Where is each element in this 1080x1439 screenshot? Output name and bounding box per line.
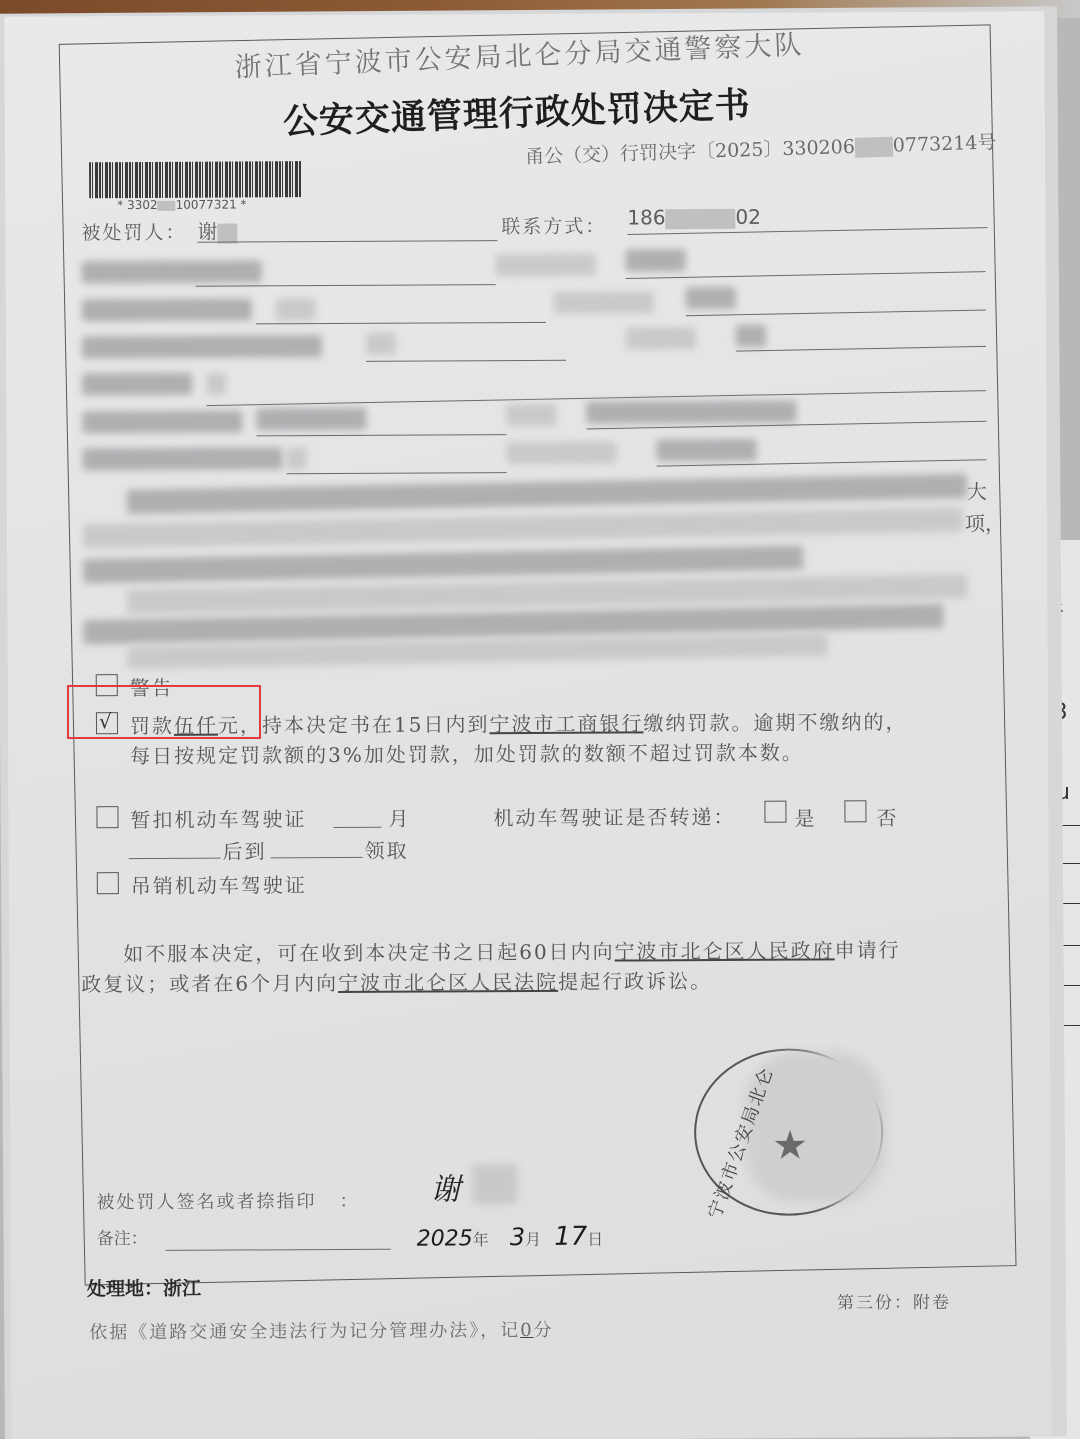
redacted-field [736, 325, 766, 347]
appeal-court: 宁波市北仑区人民法院 [338, 970, 558, 995]
copy-note: 第三份：附卷 [837, 1288, 951, 1314]
appeal-government: 宁波市北仑区人民政府 [615, 938, 835, 963]
transfer-yes-checkbox[interactable] [764, 801, 786, 823]
suspend-license-label: 暂扣机动车驾驶证 [130, 803, 306, 833]
redacted-field [82, 410, 242, 433]
redacted-field [656, 439, 756, 462]
party-label: 被处罚人： [81, 218, 186, 246]
points-note: 依据《道路交通安全违法行为记分管理办法》，记0分 [89, 1316, 554, 1344]
highlight-box [67, 685, 261, 739]
processing-location: 处理地：浙江 [87, 1274, 201, 1302]
redacted-field [256, 408, 366, 431]
barcode [89, 161, 301, 198]
redacted-field [83, 447, 283, 470]
redacted-field [506, 404, 556, 426]
redacted-field [686, 287, 736, 309]
points-value: 0 [520, 1320, 534, 1341]
redacted-field [276, 298, 316, 320]
revoke-license-checkbox[interactable] [97, 872, 119, 894]
signature: 谢 [430, 1164, 460, 1208]
barcode-number: * 330210077321 * [117, 197, 246, 212]
contact-label: 联系方式： [501, 212, 606, 240]
redacted-field [366, 333, 396, 355]
transfer-no-checkbox[interactable] [844, 800, 866, 822]
redacted-field [206, 373, 226, 395]
late-fee-text: 每日按规定罚款额的3%加处罚款，加处罚款的数额不超过罚款本数。 [130, 737, 804, 770]
payment-bank: 宁波市工商银行 [489, 711, 643, 736]
remark-label: 备注： [97, 1224, 148, 1249]
suspend-license-checkbox[interactable] [96, 806, 118, 828]
signature-redaction [472, 1164, 517, 1204]
redacted-field [82, 373, 192, 396]
redaction [855, 137, 894, 158]
appeal-text-2: 政复议；或者在6个月内向宁波市北仑区人民法院提起行政诉讼。 [81, 965, 712, 997]
redacted-field [554, 291, 654, 314]
license-transfer-label: 机动车驾驶证是否转递： [493, 801, 735, 831]
redacted-field [586, 401, 796, 424]
signature-label: 被处罚人签名或者捺指印 ： [96, 1187, 359, 1214]
revoke-license-label: 吊销机动车驾驶证 [131, 869, 307, 899]
party-name: 谢 [197, 216, 237, 245]
redacted-field [82, 260, 262, 283]
redacted-field [496, 254, 596, 277]
redacted-field [287, 447, 307, 469]
redacted-field [626, 249, 686, 271]
signature-date: 2025年 3月 17日 [417, 1222, 604, 1253]
redacted-field [82, 335, 322, 358]
star-icon: ★ [772, 1123, 808, 1169]
appeal-text: 如不服本决定，可在收到本决定书之日起60日内向宁波市北仑区人民政府申请行 [123, 934, 901, 967]
redacted-field [626, 327, 696, 349]
contact-number: 18602 [627, 205, 761, 230]
redacted-field [507, 442, 617, 465]
redacted-field [82, 298, 252, 321]
